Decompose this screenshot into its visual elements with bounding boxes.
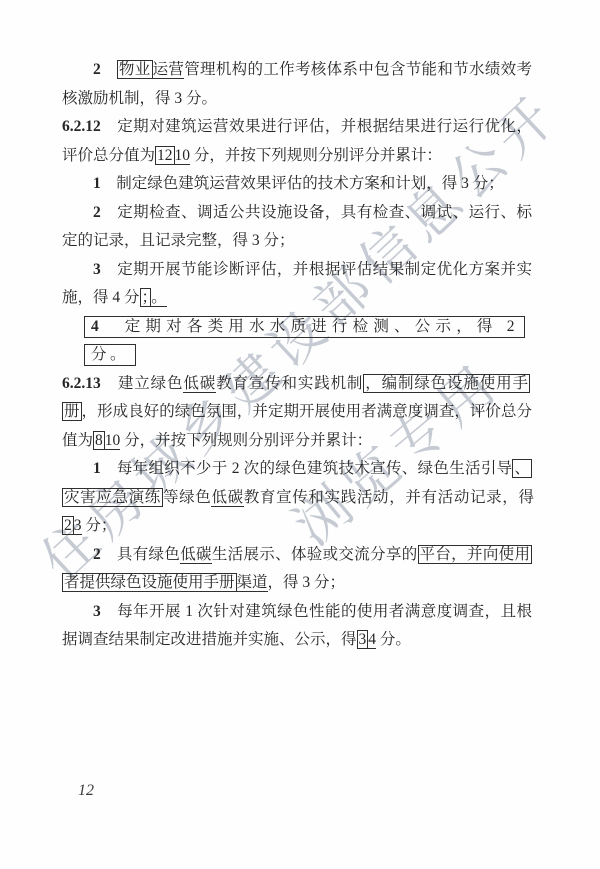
item-number: 6.2.12 [62,118,101,135]
deleted-paragraph: 4 定期对各类用水水质进行检测、公示，得 2 分。 [84,313,532,370]
text-run: ，得 3 分； [268,574,346,591]
item-number: 2 [93,546,101,563]
paragraph: 2 物业运营管理机构的工作考核体系中包含节能和节水绩效考核激励机制，得 3 分。 [62,56,532,113]
inserted-text: 低碳 [180,546,212,564]
paragraph: 1 制定绿色建筑运营效果评估的技术方案和计划，得 3 分； [62,170,532,199]
inserted-text: 3 [74,517,82,535]
inserted-text: 。 [151,289,167,307]
inserted-text: 10 [105,432,121,450]
text-run: 分。 [376,631,411,648]
deleted-text: ； [140,288,152,307]
paragraph: 6.2.12 定期对建筑运营效果进行评估，并根据结果进行运行优化，评价总分值为1… [62,113,532,170]
item-number: 2 [93,204,101,221]
text-run [101,61,117,78]
inserted-text: 渠道 [237,574,268,592]
paragraph: 3 定期开展节能诊断评估，并根据评估结果制定优化方案并实施，得 4 分；。 [62,256,532,313]
text-run: 具有绿色 [101,546,180,563]
deleted-text: 2 [62,516,74,535]
deleted-text: 3 [357,630,369,649]
item-number: 1 [93,460,101,477]
paragraph: 2 具有绿色低碳生活展示、体验或交流分享的平台，并向使用者提供绿色设施使用手册渠… [62,541,532,598]
text-run: 每年组织不少于 2 次的绿色建筑技术宣传、绿色生活引导 [101,460,513,477]
text-run: 建立绿色 [101,375,184,392]
item-number: 6.2.13 [62,375,101,392]
deleted-text: 12 [155,146,175,165]
text-run: 等绿色 [163,489,211,506]
item-number: 3 [93,603,101,620]
item-number: 1 [93,175,101,192]
inserted-text: 运营 [153,61,185,79]
deleted-text: 物业 [117,60,153,79]
text-run: 分； [82,517,117,534]
text-run: 每年开展 1 次针对建筑绿色性能的使用者满意度调查，且根据调查结果制定改进措施并… [62,603,532,649]
paragraph: 3 每年开展 1 次针对建筑绿色性能的使用者满意度调查，且根据调查结果制定改进措… [62,598,532,655]
text-run: 定期对各类用水水质进行检测、公示，得 2 分。 [91,318,518,364]
text-run: 制定绿色建筑运营效果评估的技术方案和计划，得 3 分； [101,175,504,192]
paragraph: 2 定期检查、调适公共设施设备，具有检查、调试、运行、标定的记录，且记录完整，得… [62,199,532,256]
inserted-text: 低碳 [183,375,216,393]
text-run: 定期开展节能诊断评估，并根据评估结果制定优化方案并实施，得 4 分 [62,261,532,307]
text-run: 教育宣传和实践活动，并有活动记录，得 [244,489,534,506]
document-page: 住房城乡建设部信息公开 浏览专用 2 物业运营管理机构的工作考核体系中包含节能和… [0,0,600,869]
text-run: 分，并按下列规则分别评分并累计： [120,432,372,449]
item-number: 2 [93,61,101,78]
paragraph: 6.2.13 建立绿色低碳教育宣传和实践机制，编制绿色设施使用手册，形成良好的绿… [62,370,532,456]
text-run: 教育宣传和实践机制 [216,375,363,392]
deletion-box: 4 定期对各类用水水质进行检测、公示，得 2 分。 [84,316,525,367]
deleted-text: 8 [93,431,105,450]
item-number: 3 [93,261,101,278]
text-run: 分，并按下列规则分别评分并累计： [190,147,442,164]
item-number: 4 [91,318,102,335]
inserted-text: 4 [368,631,376,649]
text-run: 定期检查、调适公共设施设备，具有检查、调试、运行、标定的记录，且记录完整，得 3… [62,204,532,250]
inserted-text: 低碳 [211,489,243,507]
text-run: 生活展示、体验或交流分享的 [212,546,418,563]
document-body: 2 物业运营管理机构的工作考核体系中包含节能和节水绩效考核激励机制，得 3 分。… [62,56,532,655]
page-number: 12 [78,782,94,800]
inserted-text: 10 [175,147,191,165]
paragraph: 1 每年组织不少于 2 次的绿色建筑技术宣传、绿色生活引导、灾害应急演练等绿色低… [62,455,532,541]
